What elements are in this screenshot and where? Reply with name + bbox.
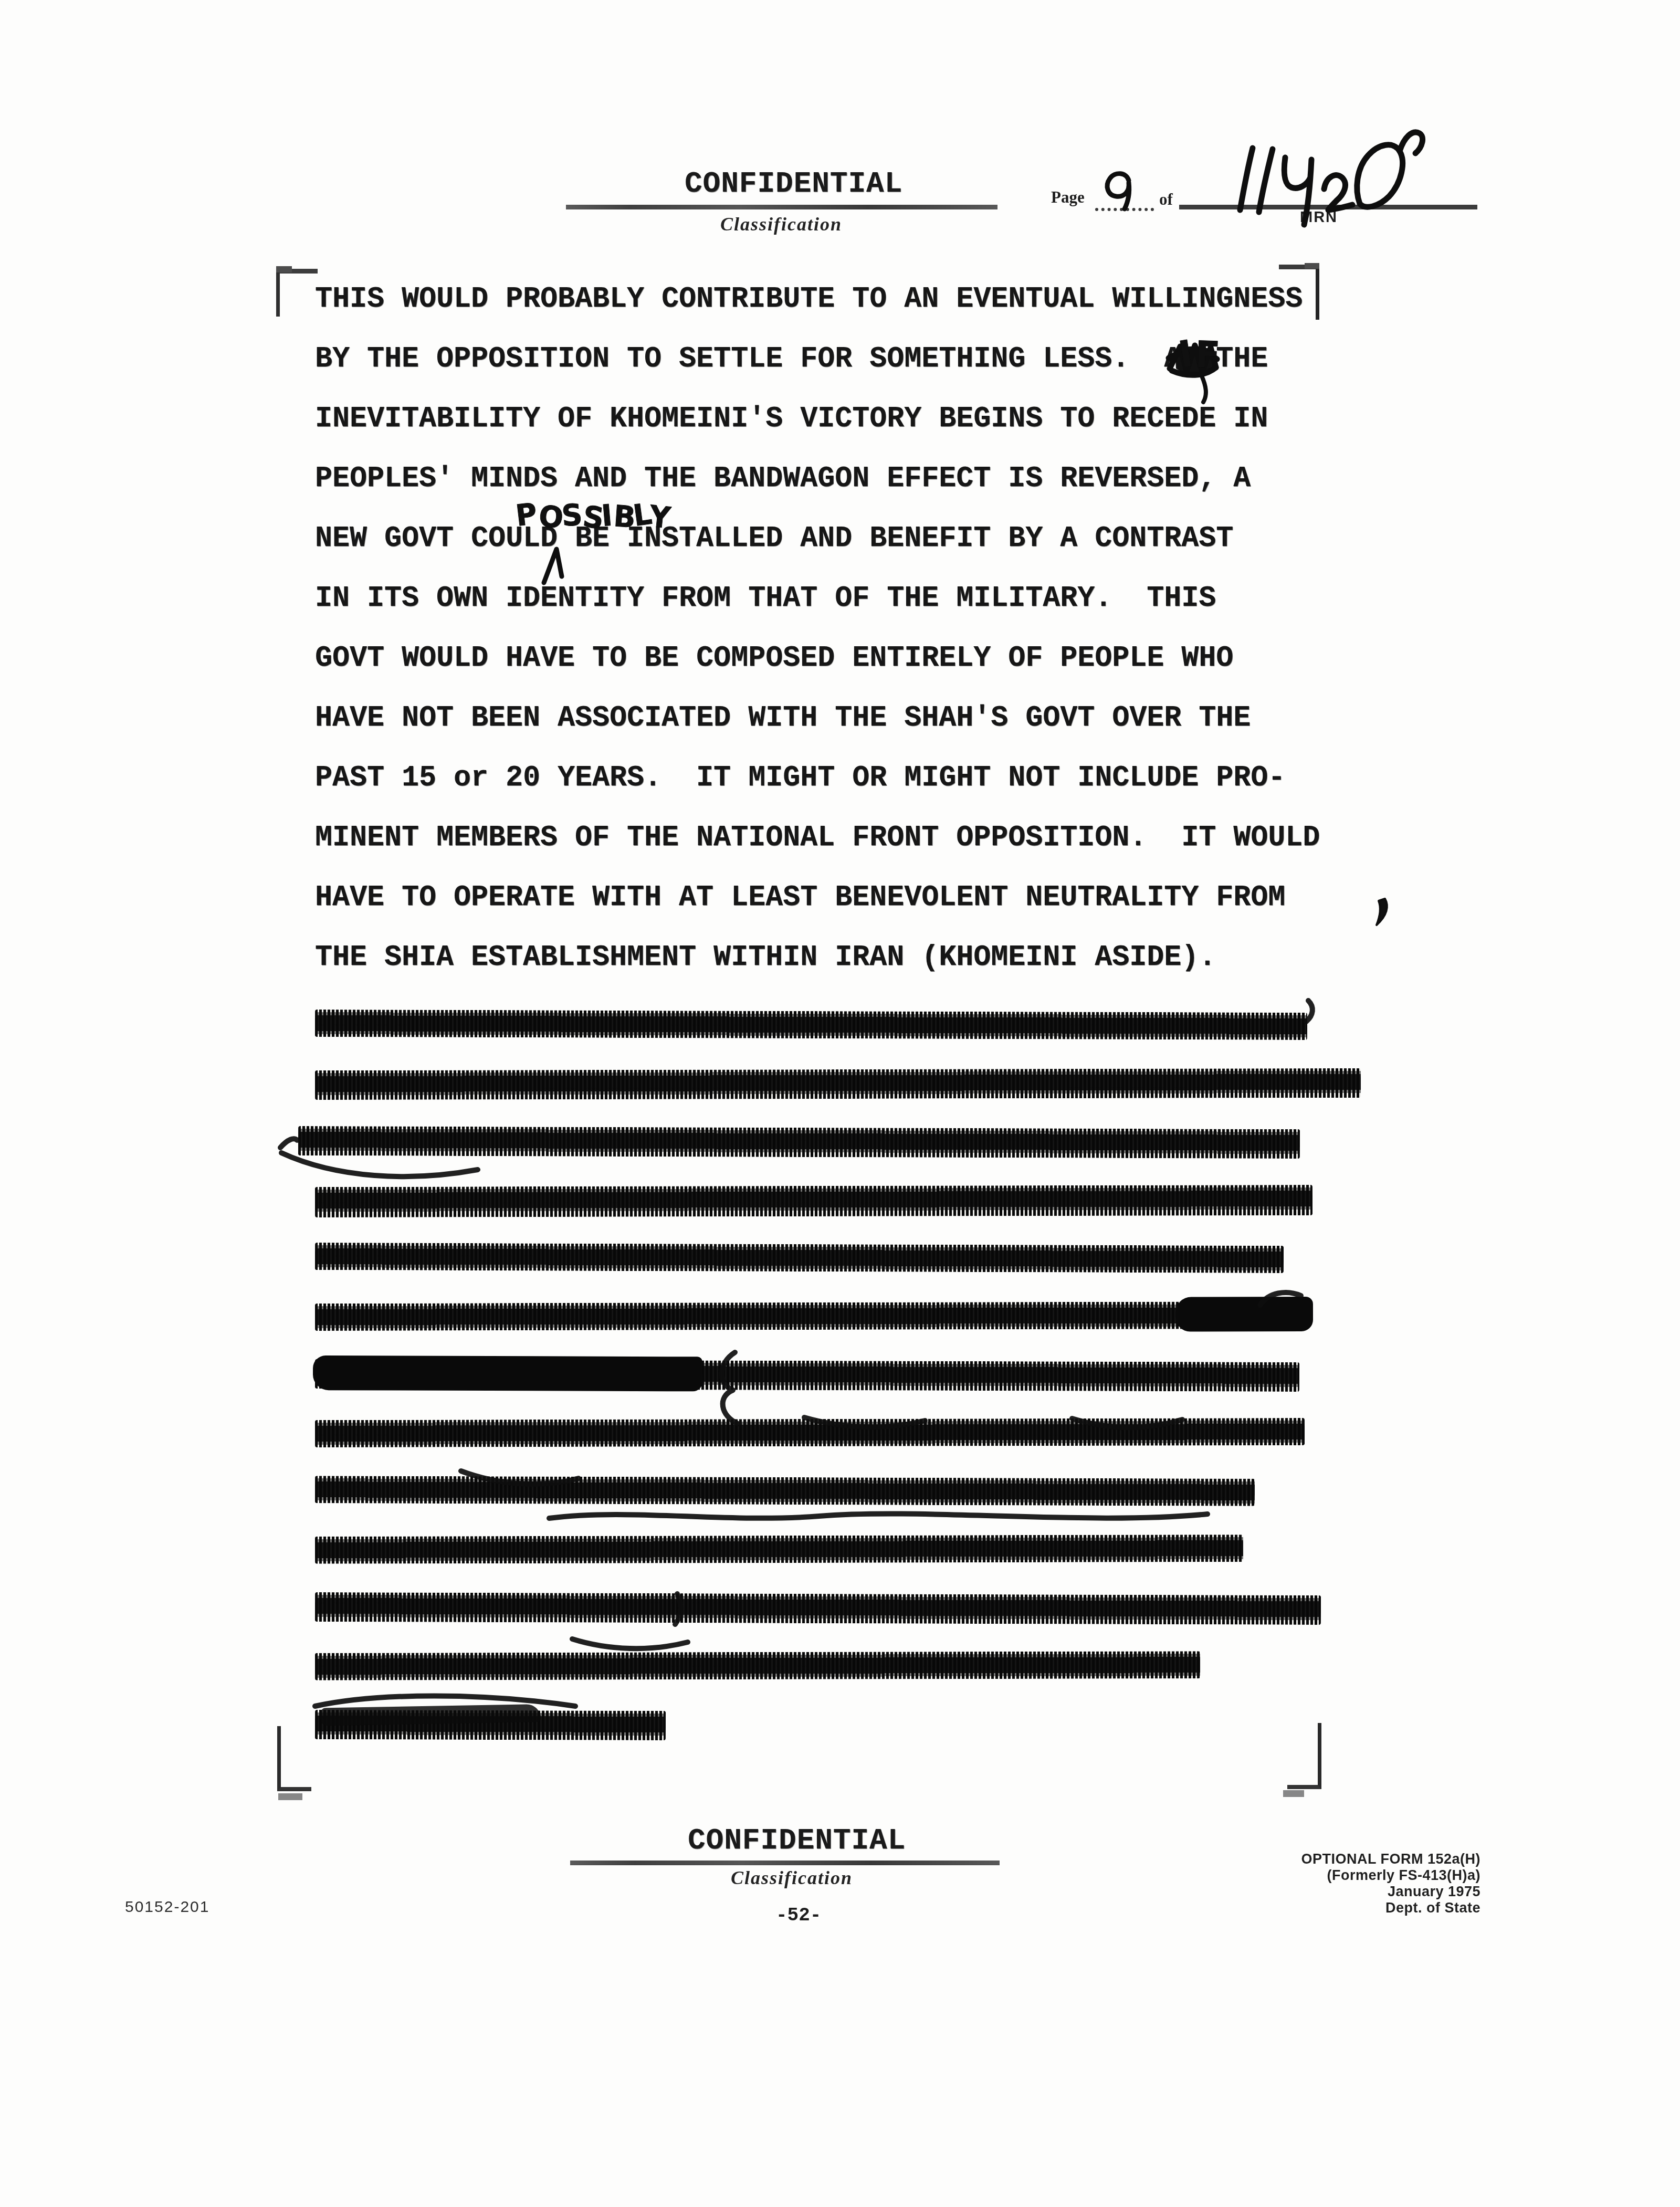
form-line: OPTIONAL FORM 152a(H) xyxy=(1207,1851,1480,1867)
redacted-line xyxy=(298,1126,1300,1159)
header-classification-label: Classification xyxy=(720,213,842,235)
mrn-label: MRN xyxy=(1300,209,1338,226)
footer-classification-label: Classification xyxy=(731,1867,853,1889)
footer-classification-stamp: CONFIDENTIAL xyxy=(688,1824,906,1857)
redacted-line xyxy=(315,1243,1284,1273)
redacted-line xyxy=(315,1068,1361,1100)
redacted-line xyxy=(315,1535,1243,1564)
body-line: THIS WOULD PROBABLY CONTRIBUTE TO AN EVE… xyxy=(315,269,1365,329)
form-identification-block: OPTIONAL FORM 152a(H) (Formerly FS-413(H… xyxy=(1207,1851,1480,1916)
footer-classification-rule xyxy=(570,1861,1000,1865)
redacted-line xyxy=(315,1592,1321,1625)
body-line: INEVITABILITY OF KHOMEINI'S VICTORY BEGI… xyxy=(315,389,1365,449)
scan-mark-bottom-right xyxy=(1283,1790,1304,1797)
body-line: BY THE OPPOSITION TO SETTLE FOR SOMETHIN… xyxy=(315,329,1365,389)
redacted-line xyxy=(315,1651,1200,1680)
crop-bracket-top-left xyxy=(276,269,318,317)
redacted-line xyxy=(315,1010,1307,1040)
page-number-underline xyxy=(1095,193,1154,211)
page-label: Page xyxy=(1051,188,1085,207)
body-line: HAVE TO OPERATE WITH AT LEAST BENEVOLENT… xyxy=(315,868,1365,928)
redacted-line xyxy=(315,1359,1299,1392)
body-line: IN ITS OWN IDENTITY FROM THAT OF THE MIL… xyxy=(315,569,1365,628)
body-line: GOVT WOULD HAVE TO BE COMPOSED ENTIRELY … xyxy=(315,628,1365,688)
body-line: PAST 15 or 20 YEARS. IT MIGHT OR MIGHT N… xyxy=(315,748,1365,808)
crop-bracket-bottom-right xyxy=(1287,1723,1321,1789)
body-line: THE SHIA ESTABLISHMENT WITHIN IRAN (KHOM… xyxy=(315,928,1365,987)
crop-bracket-bottom-left xyxy=(277,1726,311,1791)
of-label: of xyxy=(1159,190,1173,209)
body-paragraph: THIS WOULD PROBABLY CONTRIBUTE TO AN EVE… xyxy=(315,269,1365,987)
header-classification-stamp: CONFIDENTIAL xyxy=(685,167,902,201)
redacted-line xyxy=(315,1476,1255,1506)
redacted-line xyxy=(315,1301,1309,1331)
bottom-page-number: -52- xyxy=(776,1905,821,1926)
body-line: HAVE NOT BEEN ASSOCIATED WITH THE SHAH'S… xyxy=(315,688,1365,748)
redacted-line xyxy=(315,1710,666,1740)
stray-pen-mark xyxy=(1377,899,1387,925)
print-code: 50152-201 xyxy=(125,1898,209,1916)
redacted-line xyxy=(315,1185,1312,1217)
header-classification-rule xyxy=(566,205,997,209)
form-line: January 1975 xyxy=(1207,1884,1480,1900)
scan-mark-bottom-left xyxy=(278,1793,302,1800)
body-line: MINENT MEMBERS OF THE NATIONAL FRONT OPP… xyxy=(315,808,1365,868)
body-line: PEOPLES' MINDS AND THE BANDWAGON EFFECT … xyxy=(315,449,1365,509)
form-line: Dept. of State xyxy=(1207,1900,1480,1916)
scanned-telegram-page: CONFIDENTIAL Classification Page of MRN … xyxy=(0,0,1680,2207)
form-line: (Formerly FS-413(H)a) xyxy=(1207,1867,1480,1884)
redacted-line xyxy=(315,1418,1305,1447)
body-line: NEW GOVT COULD BE INSTALLED AND BENEFIT … xyxy=(315,509,1365,569)
